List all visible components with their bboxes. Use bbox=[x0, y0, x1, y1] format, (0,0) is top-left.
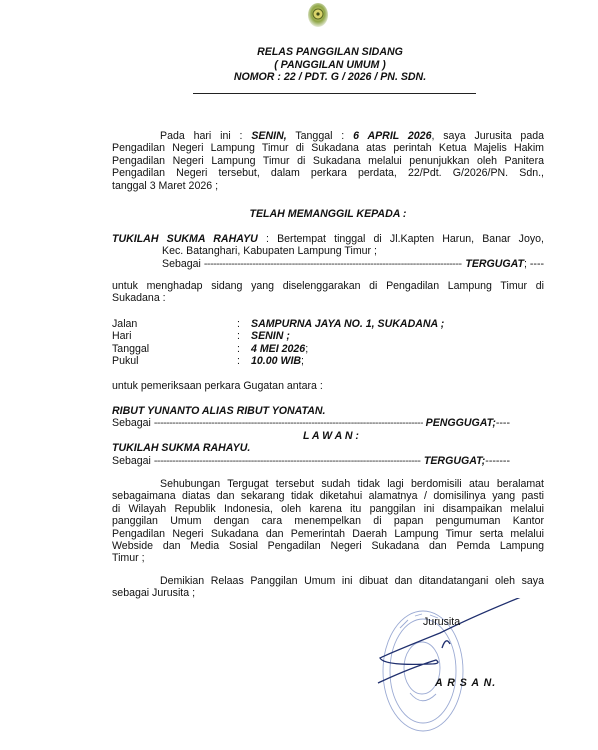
plaintiff-name: RIBUT YUNANTO ALIAS RIBUT YONATAN. bbox=[112, 405, 510, 417]
text: Tanggal : bbox=[287, 130, 353, 142]
document-title-block: RELAS PANGGILAN SIDANG ( PANGGILAN UMUM … bbox=[180, 46, 480, 84]
role-suffix: ---- bbox=[496, 417, 510, 429]
opening-line-5: tanggal 3 Maret 2026 ; bbox=[112, 180, 544, 192]
date-value: 6 APRIL 2026 bbox=[353, 130, 431, 142]
detail-label: Tanggal bbox=[112, 343, 237, 355]
notice-line-7: Timur ; bbox=[112, 552, 544, 564]
role-suffix: ; ---- bbox=[524, 258, 544, 270]
text: , saya Jurusita pada bbox=[431, 130, 544, 142]
role-prefix: Sebagai bbox=[112, 417, 151, 429]
notice-line-5: Pengadilan Negeri Sukadana dan Pemerinta… bbox=[112, 528, 544, 540]
opening-paragraph: Pada hari ini : SENIN, Tanggal : 6 APRIL… bbox=[112, 130, 544, 192]
defendant-role-row-2: Sebagai --------------------------------… bbox=[112, 455, 510, 467]
dash-leader: ----------------------------------------… bbox=[154, 417, 423, 429]
defendant-address: : Bertempat tinggal di Jl.Kapten Harun, … bbox=[258, 233, 544, 245]
opening-line-1: Pada hari ini : SENIN, Tanggal : 6 APRIL… bbox=[112, 130, 544, 142]
detail-value: SAMPURNA JAYA NO. 1, SUKADANA ; bbox=[251, 318, 444, 330]
signature-block: Jurusita A R S A N. bbox=[370, 598, 570, 738]
signer-name: A R S A N. bbox=[435, 677, 496, 689]
defendant-role-row: Sebagai --------------------------------… bbox=[112, 258, 544, 270]
opening-line-2: Pengadilan Negeri Lampung Timur di Sukad… bbox=[112, 142, 544, 154]
case-intro: untuk pemeriksaan perkara Gugatan antara… bbox=[112, 380, 544, 392]
handwritten-signature-icon bbox=[370, 598, 570, 738]
detail-value: 4 MEI 2026 bbox=[251, 343, 305, 355]
role-label: TERGUGAT bbox=[465, 258, 524, 270]
signature-title: Jurusita bbox=[423, 616, 460, 628]
hearing-intro: untuk menghadap sidang yang diselenggara… bbox=[112, 280, 544, 305]
detail-label: Hari bbox=[112, 330, 237, 342]
detail-value: SENIN ; bbox=[251, 330, 290, 342]
defendant-name: TUKILAH SUKMA RAHAYU bbox=[112, 233, 258, 245]
detail-label: Jalan bbox=[112, 318, 237, 330]
case-parties: RIBUT YUNANTO ALIAS RIBUT YONATAN. Sebag… bbox=[112, 405, 510, 467]
notice-line-2: sebagaimana diatas dan sekarang tidak di… bbox=[112, 490, 544, 502]
court-emblem-icon bbox=[307, 2, 329, 28]
detail-tanggal: Tanggal: 4 MEI 2026 ; bbox=[112, 343, 544, 355]
closing-paragraph: Demikian Relaas Panggilan Umum ini dibua… bbox=[112, 575, 544, 600]
text: Pada hari ini : bbox=[160, 130, 251, 142]
document-title: RELAS PANGGILAN SIDANG bbox=[180, 46, 480, 59]
notice-line-1: Sehubungan Tergugat tersebut sudah tidak… bbox=[112, 478, 544, 490]
detail-jalan: Jalan: SAMPURNA JAYA NO. 1, SUKADANA ; bbox=[112, 318, 544, 330]
detail-label: Pukul bbox=[112, 355, 237, 367]
role-prefix: Sebagai bbox=[112, 455, 151, 467]
detail-suffix: ; bbox=[301, 355, 304, 367]
hearing-intro-line-2: Sukadana : bbox=[112, 292, 544, 304]
opening-line-3: Pengadilan Negeri Lampung Timur di Sukad… bbox=[112, 155, 544, 167]
hearing-details: Jalan: SAMPURNA JAYA NO. 1, SUKADANA ; H… bbox=[112, 318, 544, 368]
notice-line-3: di Wilayah Republik Indonesia, oleh kare… bbox=[112, 503, 544, 515]
detail-pukul: Pukul: 10.00 WIB ; bbox=[112, 355, 544, 367]
document-subtitle: ( PANGGILAN UMUM ) bbox=[180, 59, 480, 72]
dash-leader: ----------------------------------------… bbox=[204, 258, 462, 270]
notice-paragraph: Sehubungan Tergugat tersebut sudah tidak… bbox=[112, 478, 544, 565]
defendant-line-1: TUKILAH SUKMA RAHAYU : Bertempat tinggal… bbox=[112, 233, 544, 245]
plaintiff-role-row: Sebagai --------------------------------… bbox=[112, 417, 510, 429]
defendant-name-2: TUKILAH SUKMA RAHAYU. bbox=[112, 442, 510, 454]
notice-line-4: panggilan Umum dengan cara menempelkan d… bbox=[112, 515, 544, 527]
day-value: SENIN, bbox=[251, 130, 286, 142]
role-suffix: ------- bbox=[485, 455, 510, 467]
hearing-intro-line-1: untuk menghadap sidang yang diselenggara… bbox=[112, 280, 544, 292]
defendant-block: TUKILAH SUKMA RAHAYU : Bertempat tinggal… bbox=[112, 233, 544, 270]
role-prefix: Sebagai bbox=[162, 258, 201, 270]
opening-line-4: Pengadilan Negeri tersebut, dalam perkar… bbox=[112, 167, 544, 179]
summons-heading: TELAH MEMANGGIL KEPADA : bbox=[112, 208, 544, 220]
plaintiff-role: PENGGUGAT; bbox=[426, 417, 496, 429]
detail-suffix: ; bbox=[305, 343, 308, 355]
title-divider bbox=[193, 93, 476, 94]
defendant-role: TERGUGAT; bbox=[424, 455, 485, 467]
case-number: NOMOR : 22 / PDT. G / 2026 / PN. SDN. bbox=[180, 71, 480, 84]
detail-value: 10.00 WIB bbox=[251, 355, 301, 367]
versus-label: L A W A N : bbox=[112, 430, 510, 442]
notice-line-6: Webside dan Media Sosial Pengadilan Nege… bbox=[112, 540, 544, 552]
defendant-address-2: Kec. Batanghari, Kabupaten Lampung Timur… bbox=[112, 245, 544, 257]
detail-hari: Hari: SENIN ; bbox=[112, 330, 544, 342]
closing-line-1: Demikian Relaas Panggilan Umum ini dibua… bbox=[112, 575, 544, 587]
dash-leader: ----------------------------------------… bbox=[154, 455, 421, 467]
